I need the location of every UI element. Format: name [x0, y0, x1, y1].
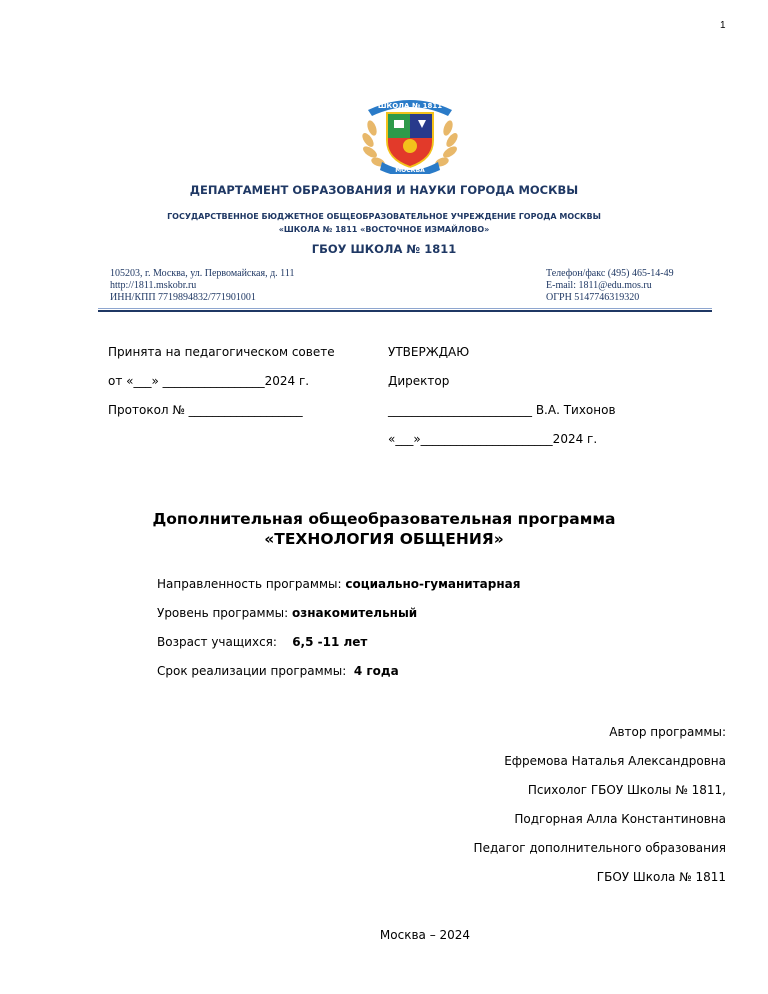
department-heading: ДЕПАРТАМЕНТ ОБРАЗОВАНИЯ И НАУКИ ГОРОДА М…	[0, 183, 768, 197]
director-approval-block: УТВЕРЖДАЮ Директор _____________________…	[388, 345, 616, 461]
inn-kpp: ИНН/КПП 7719894832/771901001	[110, 292, 294, 304]
detail-label: Возраст учащихся:	[157, 635, 292, 649]
header-divider	[98, 308, 712, 312]
detail-value: 6,5 -11 лет	[292, 635, 367, 649]
council-acceptance-line: Принята на педагогическом совете	[108, 345, 335, 374]
page-number: 1	[720, 20, 726, 31]
email-link[interactable]: E-mail: 1811@edu.mos.ru	[546, 280, 674, 292]
approve-heading: УТВЕРЖДАЮ	[388, 345, 616, 374]
detail-label: Уровень программы:	[157, 606, 292, 620]
approval-date-line: «___»______________________2024 г.	[388, 432, 616, 461]
ogrn: ОГРН 5147746319320	[546, 292, 674, 304]
author-name-2: Подгорная Алла Константиновна	[474, 812, 726, 841]
institution-name: ГОСУДАРСТВЕННОЕ БЮДЖЕТНОЕ ОБЩЕОБРАЗОВАТЕ…	[0, 210, 768, 236]
author-org-2: ГБОУ Школа № 1811	[474, 870, 726, 899]
program-details: Направленность программы: социально-гума…	[157, 577, 520, 693]
detail-age: Возраст учащихся: 6,5 -11 лет	[157, 635, 520, 664]
authors-heading: Автор программы:	[474, 725, 726, 754]
detail-value: ознакомительный	[292, 606, 417, 620]
institution-line-2: «ШКОЛА № 1811 «ВОСТОЧНОЕ ИЗМАЙЛОВО»	[0, 223, 768, 236]
detail-label: Срок реализации программы:	[157, 664, 354, 678]
detail-label: Направленность программы:	[157, 577, 345, 591]
council-date-line: от «___» _________________2024 г.	[108, 374, 335, 403]
detail-value: социально-гуманитарная	[345, 577, 520, 591]
author-role-2: Педагог дополнительного образования	[474, 841, 726, 870]
institution-line-1: ГОСУДАРСТВЕННОЕ БЮДЖЕТНОЕ ОБЩЕОБРАЗОВАТЕ…	[0, 210, 768, 223]
city-year-footer: Москва – 2024	[0, 928, 768, 942]
program-title: Дополнительная общеобразовательная прогр…	[0, 509, 768, 549]
detail-value: 4 года	[354, 664, 399, 678]
program-title-line-1: Дополнительная общеобразовательная прогр…	[0, 509, 768, 529]
svg-text:МОСКВА: МОСКВА	[395, 167, 425, 174]
detail-level: Уровень программы: ознакомительный	[157, 606, 520, 635]
detail-duration: Срок реализации программы: 4 года	[157, 664, 520, 693]
school-crest-icon: ШКОЛА № 1811 МОСКВА	[358, 88, 462, 174]
school-name: ГБОУ ШКОЛА № 1811	[0, 242, 768, 256]
council-acceptance-block: Принята на педагогическом совете от «___…	[108, 345, 335, 432]
author-name-1: Ефремова Наталья Александровна	[474, 754, 726, 783]
contacts-left: 105203, г. Москва, ул. Первомайская, д. …	[110, 268, 294, 304]
detail-orientation: Направленность программы: социально-гума…	[157, 577, 520, 606]
contacts-right: Телефон/факс (495) 465-14-49 E-mail: 181…	[546, 268, 674, 304]
director-signature-line: ________________________ В.А. Тихонов	[388, 403, 616, 432]
svg-text:ШКОЛА № 1811: ШКОЛА № 1811	[378, 102, 442, 110]
authors-block: Автор программы: Ефремова Наталья Алекса…	[474, 725, 726, 899]
phone-fax: Телефон/факс (495) 465-14-49	[546, 268, 674, 280]
program-title-line-2: «ТЕХНОЛОГИЯ ОБЩЕНИЯ»	[0, 529, 768, 549]
website-link[interactable]: http://1811.mskobr.ru	[110, 280, 294, 292]
protocol-number-line: Протокол № ___________________	[108, 403, 335, 432]
director-title: Директор	[388, 374, 616, 403]
address: 105203, г. Москва, ул. Первомайская, д. …	[110, 268, 294, 280]
author-role-1: Психолог ГБОУ Школы № 1811,	[474, 783, 726, 812]
